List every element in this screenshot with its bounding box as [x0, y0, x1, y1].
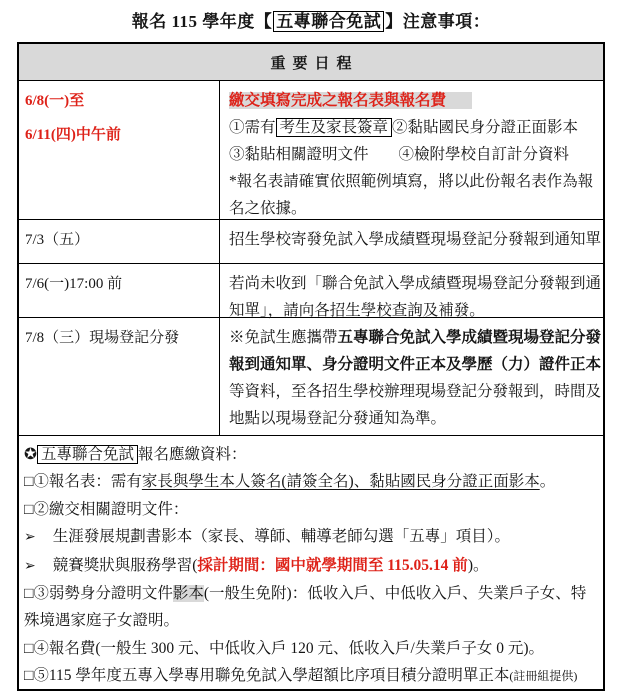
- checklist-required-materials: ✪五專聯合免試報名應繳資料：□①報名表：需有家長與學生本人簽名(請簽全名)、黏貼…: [19, 436, 603, 691]
- schedule-row-reissue-deadline: 7/6(一)17:00 前 若尚未收到「聯合免試入學成績暨現場登記分發報到通知單…: [19, 264, 603, 318]
- text-segment: *報名表請確實依照範例填寫，將以此份報名表作為報: [229, 173, 593, 190]
- date-cell-registration: 6/8(一)至6/11(四)中午前: [19, 81, 220, 219]
- document-page: 報名 115 學年度【五專聯合免試】注意事項： 重要日程 6/8(一)至6/11…: [0, 0, 622, 700]
- text-line: *報名表請確實依照範例填寫，將以此份報名表作為報: [229, 168, 597, 195]
- content-cell-score-mailout: 招生學校寄發免試入學成績暨現場登記分發報到通知單: [220, 220, 607, 263]
- date-cell-onsite-distribution: 7/8（三）現場登記分發: [19, 318, 220, 435]
- arrow-bullet-icon: ➢: [24, 558, 36, 574]
- text-segment: 五專聯合免試: [37, 445, 138, 464]
- text-line: 殊境遇家庭子女證明。: [24, 607, 599, 634]
- text-segment: 影本: [173, 585, 204, 602]
- text-line: □③弱勢身分證明文件影本(一般生免附)：低收入戶、中低收入戶、失業戶子女、特: [24, 580, 599, 607]
- text-segment: ※免試生應攜帶: [229, 329, 338, 346]
- text-line: ①需有考生及家長簽章②黏貼國民身分證正面影本: [229, 114, 597, 141]
- text-line: 報到通知單、身分證明文件正本及學歷（力）證件正本: [229, 351, 601, 378]
- text-segment: 名之依據。: [229, 200, 307, 217]
- text-segment: 若尚未收到「聯合免試入學成績暨現場登記分發報到通: [229, 275, 601, 292]
- content-cell-onsite-distribution: ※免試生應攜帶五專聯合免試入學成績暨現場登記分發報到通知單、身分證明文件正本及學…: [220, 318, 607, 435]
- text-segment: 。: [540, 473, 556, 490]
- text-line: 等資料，至各招生學校辦理現場登記分發報到，時間及: [229, 378, 601, 405]
- text-segment: □①報名表：需有: [24, 473, 142, 490]
- text-line: ➢競賽獎狀與服務學習(採計期間：國中就學期間至 115.05.14 前)。: [24, 552, 599, 580]
- page-title: 報名 115 學年度【五專聯合免試】注意事項：: [0, 7, 622, 32]
- text-segment: (一般生免附)：低收入戶、中低收入戶、失業戶子女、特: [204, 585, 586, 602]
- text-line: ③黏貼相關證明文件④檢附學校自訂計分資料: [229, 141, 597, 168]
- text-segment: ✪: [24, 446, 37, 463]
- content-cell-registration: 繳交填寫完成之報名表與報名費①需有考生及家長簽章②黏貼國民身分證正面影本③黏貼相…: [220, 81, 603, 219]
- text-segment: □②繳交相關證明文件：: [24, 501, 188, 518]
- text-line: 6/8(一)至: [25, 90, 215, 112]
- text-segment: 等資料，至各招生學校辦理現場登記分發報到，時間及: [229, 383, 601, 400]
- text-line: 若尚未收到「聯合免試入學成績暨現場登記分發報到通: [229, 270, 601, 297]
- text-line: □⑤115 學年度五專入學專用聯免免試入學超額比序項目積分證明單正本(註冊組提供…: [24, 662, 599, 690]
- text-segment: 家長與學生本人簽名(請簽全名)、黏貼國民身分證正面影本: [142, 473, 540, 490]
- text-segment: ①需有: [229, 119, 276, 136]
- text-line: 繳交填寫完成之報名表與報名費: [229, 87, 597, 114]
- page-title-prefix: 報名 115 學年度【: [132, 12, 273, 31]
- text-line: 名之依據。: [229, 195, 597, 222]
- text-segment: 採計期間：國中就學期間至 115.05.14 前: [197, 557, 467, 574]
- checklist-section: ✪五專聯合免試報名應繳資料：□①報名表：需有家長與學生本人簽名(請簽全名)、黏貼…: [19, 436, 603, 689]
- text-line: □④報名費(一般生 300 元、中低收入戶 120 元、低收入戶/失業戶子女 0…: [24, 635, 599, 662]
- text-segment: 競賽獎狀與服務學習(: [53, 557, 198, 574]
- text-segment: 7/3（五）: [25, 232, 89, 248]
- text-segment: 招生學校寄發免試入學成績暨現場登記分發報到通知單: [229, 231, 601, 248]
- text-line: ➢生涯發展規劃書影本（家長、導師、輔導老師勾選「五專」項目）。: [24, 523, 599, 551]
- text-line: □②繳交相關證明文件：: [24, 496, 599, 523]
- page-title-suffix: 】注意事項：: [385, 12, 490, 31]
- text-line: □①報名表：需有家長與學生本人簽名(請簽全名)、黏貼國民身分證正面影本。: [24, 468, 599, 495]
- text-segment: 報名應繳資料：: [138, 446, 247, 463]
- text-segment: 7/6(一)17:00 前: [25, 276, 122, 292]
- text-segment: 地點以現場登記分發通知為準。: [229, 410, 446, 427]
- text-segment: ②黏貼國民身分證正面影本: [392, 119, 578, 136]
- text-line: 6/11(四)中午前: [25, 124, 215, 146]
- page-title-boxed-term: 五專聯合免試: [273, 11, 384, 32]
- text-line: 地點以現場登記分發通知為準。: [229, 405, 601, 432]
- text-segment: 繳交填寫完成之報名表與報名費: [229, 92, 472, 109]
- text-segment: 6/11(四)中午前: [25, 127, 121, 143]
- text-segment: □③弱勢身分證明文件: [24, 585, 173, 602]
- text-segment: ④檢附學校自訂計分資料: [399, 146, 570, 163]
- text-line: ※免試生應攜帶五專聯合免試入學成績暨現場登記分發: [229, 324, 601, 351]
- text-segment: 7/8（三）現場登記分發: [25, 330, 179, 346]
- arrow-bullet-icon: ➢: [24, 529, 36, 545]
- text-segment: 生涯發展規劃書影本（家長、導師、輔導老師勾選「五專」項目）。: [53, 528, 510, 545]
- schedule-row-score-mailout: 7/3（五） 招生學校寄發免試入學成績暨現場登記分發報到通知單: [19, 220, 603, 264]
- text-segment: ③黏貼相關證明文件: [229, 146, 369, 163]
- text-line: 7/3（五）: [25, 229, 215, 251]
- text-segment: □⑤115 學年度五專入學專用聯免免試入學超額比序項目積分證明單正本: [24, 667, 509, 684]
- text-segment: 6/8(一)至: [25, 93, 84, 109]
- text-segment: 考生及家長簽章: [276, 118, 393, 137]
- text-segment: □④報名費(一般生 300 元、中低收入戶 120 元、低收入戶/失業戶子女 0…: [24, 640, 544, 657]
- text-segment: 報到通知單、身分證明文件正本及學歷（力）證件正本: [229, 356, 601, 373]
- text-line: 7/6(一)17:00 前: [25, 273, 215, 295]
- text-segment: 知單」，請向各招生學校查詢及補發。: [229, 302, 485, 319]
- text-segment: 殊境遇家庭子女證明。: [24, 612, 179, 629]
- text-segment: (註冊組提供): [509, 669, 577, 683]
- schedule-row-onsite-distribution: 7/8（三）現場登記分發 ※免試生應攜帶五專聯合免試入學成績暨現場登記分發報到通…: [19, 318, 603, 436]
- date-cell-score-mailout: 7/3（五）: [19, 220, 220, 263]
- important-schedule-table: 重要日程 6/8(一)至6/11(四)中午前 繳交填寫完成之報名表與報名費①需有…: [17, 42, 605, 691]
- schedule-row-registration: 6/8(一)至6/11(四)中午前 繳交填寫完成之報名表與報名費①需有考生及家長…: [19, 81, 603, 220]
- text-line: 招生學校寄發免試入學成績暨現場登記分發報到通知單: [229, 226, 601, 253]
- text-segment: 五專聯合免試入學成績暨現場登記分發: [338, 329, 602, 346]
- content-cell-reissue-deadline: 若尚未收到「聯合免試入學成績暨現場登記分發報到通知單」，請向各招生學校查詢及補發…: [220, 264, 607, 317]
- text-line: 7/8（三）現場登記分發: [25, 327, 215, 349]
- table-header-important-dates: 重要日程: [19, 44, 603, 81]
- text-line: ✪五專聯合免試報名應繳資料：: [24, 441, 599, 468]
- text-segment: )。: [468, 557, 489, 574]
- date-cell-reissue-deadline: 7/6(一)17:00 前: [19, 264, 220, 317]
